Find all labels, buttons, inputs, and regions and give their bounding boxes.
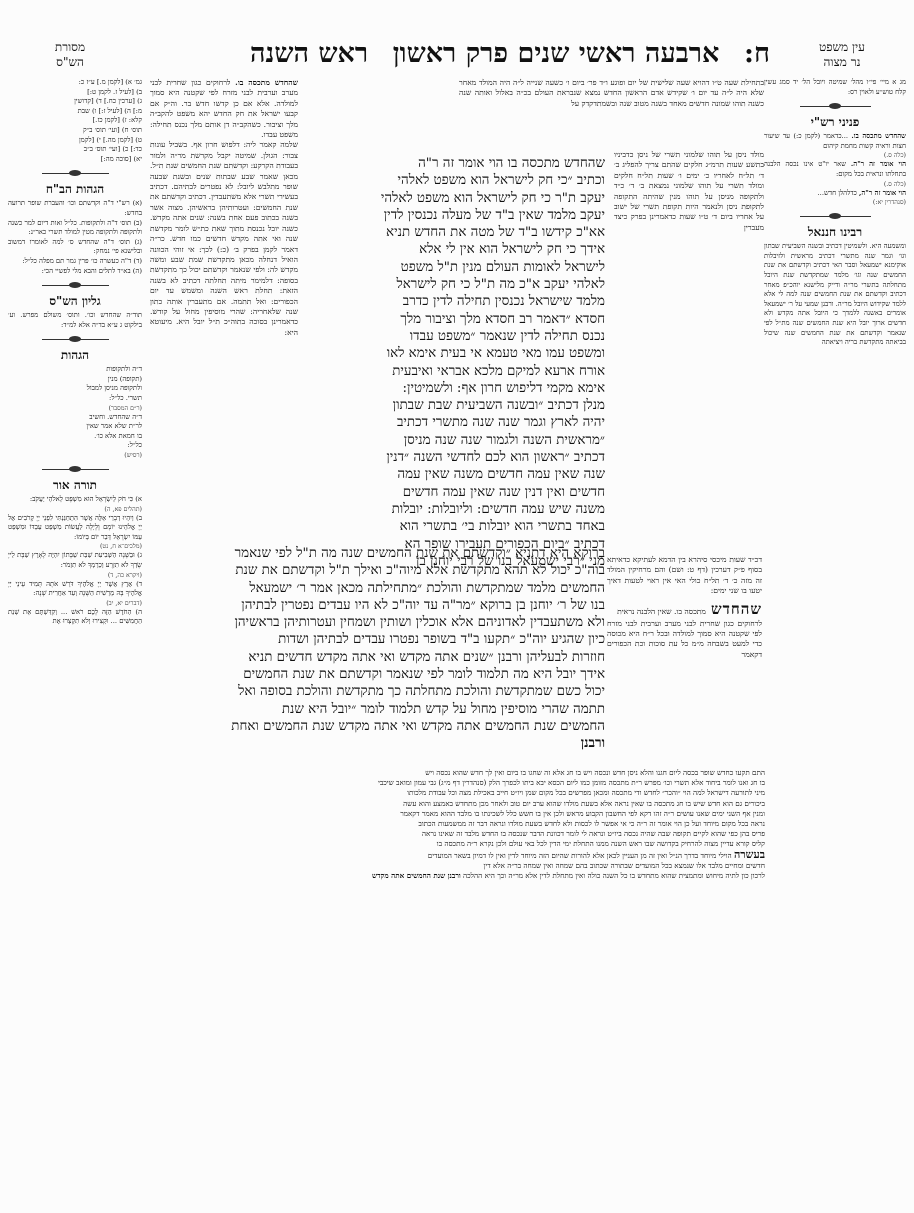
masoret-line: כד:] כ) [ועי׳ תוס׳ ב״ב bbox=[8, 145, 142, 155]
torah-or-entry: א) כִּי חֹק לְיִשְׂרָאֵל הוּא מִשְׁפָּט … bbox=[8, 495, 142, 514]
gemara-line: החמשים מלמד שמתקדשת והולכת ״מתחילתה מכאן… bbox=[150, 580, 605, 597]
gemara-line: באחד בתשרי הוא יובלות בי׳ בתשרי הוא bbox=[300, 518, 605, 535]
gemara-line: אורח ארעא למיקם מלכא אבראי ואיבעית bbox=[300, 363, 605, 380]
gemara-line: אימא מקמי דליפוש חרון אף: ולשמיטין: bbox=[300, 380, 605, 397]
rabbeinu-chananel-text: ומשמעה היא. ולשמיטין דכתיב ובשנה השביעית… bbox=[764, 242, 906, 348]
commentary-text: לרכון כון לתיה מיחוש ומתמצית שהוא מתחדש … bbox=[463, 871, 765, 880]
commentary-bold-label: בעשרה bbox=[734, 848, 765, 861]
gemara-line: יעקב ת"ר כי חק לישראל הוא משפט לאלהי bbox=[300, 190, 605, 207]
hagahot-text: ד״ה ולתקופות (תקופה) מנין ולתקופה מניסן … bbox=[8, 365, 142, 460]
pninei-rashi-title: פניני רש"י bbox=[764, 115, 906, 130]
masoret-hashas-list: גמ׳ א) [לקמן מ.] ע״ז כ: ב) [לעיל ז. לקמן… bbox=[8, 78, 142, 164]
verse-text: ב) וְיִהְיוּ דְבָרַי אֵלֶּה אֲשֶׁר הִתְח… bbox=[8, 514, 142, 543]
gemara-line: יכול כשם שמתקדשת והולכת מתחלתה כך מתקדשת… bbox=[150, 683, 605, 700]
torah-or-entry: ד) אֶרֶץ אֲשֶׁר יְיָ אֱלֹהֶיךָ דֹּרֵשׁ א… bbox=[8, 580, 142, 608]
tosafot-dibur: שהחדש מתכסה בו. bbox=[235, 78, 298, 87]
gemara-line: מנלן דכתיב ״ובשנה השביעית שבת שבתון bbox=[300, 397, 605, 414]
bach-note: (ג) תוס׳ ד"ה שהחדש ס׳ למה לאומרו דמשוב ו… bbox=[8, 238, 142, 257]
gemara-line: בנו של ר׳ יוחנן בן ברוקא ״מר"ה עד יוה"כ … bbox=[150, 597, 605, 614]
ornament-divider bbox=[8, 334, 142, 344]
commentary-line-with-label: בעשרה הוילי מיוחד בדרך הנ״ל ואין זה מן ה… bbox=[150, 850, 765, 861]
gemara-line: לאלהי יעקב א"כ מה ת"ל כי חק לישראל bbox=[300, 276, 605, 293]
bach-note: (ה) בא״ד לתלים והבא מלי לפשיי הכי: bbox=[8, 267, 142, 277]
tosafot-body: שלמה קאמר ליה: דלפוש חרון אף. בשביל עונו… bbox=[150, 140, 298, 338]
hagahot-line: ולתקופה מניסן למבול bbox=[8, 384, 142, 394]
torah-or-title: תורה אור bbox=[8, 478, 142, 493]
gilyon-hashas-title: גליון הש"ס bbox=[8, 294, 142, 309]
rashi-dibur-hamatchil: שהחדש bbox=[711, 600, 762, 618]
commentary-line: ביכורים גם הוא חדש שיש בו חג מתכסה בו שא… bbox=[150, 799, 765, 809]
masoret-line: יא) [סוכה מה:] bbox=[8, 155, 142, 165]
verse-source: (מלכים־א ח, נט) bbox=[8, 542, 142, 551]
gemara-line: ולא משתעבדין לאדוניהם אלא אוכלין ושותין … bbox=[150, 614, 605, 631]
rabbeinu-chananel-title: רבינו חננאל bbox=[764, 225, 906, 240]
gemara-line: אידך יובל היא מה תלמוד לומר לפי שנאמר וק… bbox=[150, 666, 605, 683]
gemara-line: ורבנן bbox=[150, 735, 605, 752]
ein-mishpat-title: עין משפט bbox=[782, 40, 902, 55]
hagahot-title: הגהות bbox=[8, 348, 142, 363]
rashi-dibur-rest: מתכסה בו. שאין הלבנה נראית bbox=[617, 607, 706, 616]
gemara-line: ״מראשית השנה ולגמור שנה שנה מניסן bbox=[300, 432, 605, 449]
entry-heading: הוי אומר זה ר"ה. bbox=[851, 160, 906, 168]
gemara-line: חדשים ואין דנין שנה שאין עמה חדשים bbox=[300, 484, 605, 501]
bottom-commentary: התם תקעו כחדש שופר בכסה ליום חגנו והלא נ… bbox=[150, 768, 765, 881]
masoret-line: ב) [לעיל ז. לקמן ט:] bbox=[8, 88, 142, 98]
commentary-line: נראה בכל מקום מיוחד ועל כן הוי אומר זה ר… bbox=[150, 819, 765, 829]
tosafot-intro: שהחדש מתכסה בו. לרחוקים כגון שחרית לבני … bbox=[150, 78, 298, 140]
commentary-line: מיני לתורעה דישראל למה הוי ״והכר״ לחדש ו… bbox=[150, 788, 765, 798]
commentary-text: הוילי מיוחד בדרך הנ״ל ואין זה מן העניין … bbox=[428, 851, 732, 860]
masoret-line: ג) [ערכין כח.] ד) [קדושין bbox=[8, 97, 142, 107]
tractate-title: ראש השנה bbox=[250, 38, 368, 69]
rashi-lower-right: דכ״ד שעות מיכסי סיהרא בין הדמא לעתיקא כד… bbox=[607, 555, 762, 660]
entry-source: (כלה ס.) bbox=[764, 151, 906, 160]
hagahot-source: (רסיש) bbox=[8, 451, 142, 460]
hagahot-line: לר״ת שלא אמר שאין bbox=[8, 422, 142, 432]
gemara-line: יהיה לארץ וגמר שנה שנה מתשרי דכתיב bbox=[300, 414, 605, 431]
hagahot-habach-title: הגהות הב"ח bbox=[8, 182, 142, 197]
gemara-line: החמשים שנת החמשים אתה מקדש ואי אתה מקדש … bbox=[150, 718, 605, 735]
rashi-commentary-top: בתחילת שעה ט״ו דהויא שעה שלישית של יום ו… bbox=[459, 78, 764, 109]
tosafot-commentary: שהחדש מתכסה בו. לרחוקים כגון שחרית לבני … bbox=[150, 78, 298, 338]
ner-mitzvah-title: נר מצוה bbox=[782, 55, 902, 70]
commentary-line: חדשים ומחיים מלבד אלו שנמצא בכל המועדים … bbox=[150, 861, 765, 871]
torah-or-entry: ג) וּבַשָּׁנָה הַשְּׁבִיעִת שַׁבַּת שַׁב… bbox=[8, 551, 142, 579]
rashi-text: דכ״ד שעות מיכסי סיהרא בין הדמא לעתיקא כד… bbox=[607, 555, 762, 597]
hagahot-line: (תקופה) מנין bbox=[8, 375, 142, 385]
masoret-line: תוס׳ ח) [ועי׳ תוס׳ ב״ק bbox=[8, 126, 142, 136]
torah-or-entry: ב) וְיִהְיוּ דְבָרַי אֵלֶּה אֲשֶׁר הִתְח… bbox=[8, 514, 142, 552]
hagahot-line: כל״ל: bbox=[8, 441, 142, 451]
ornament-divider bbox=[8, 464, 142, 474]
gemara-line: דכתיב ״ראשון הוא לכם לחדשי השנה ״דנין bbox=[300, 449, 605, 466]
ein-mishpat-label: עין משפט נר מצוה bbox=[782, 40, 902, 70]
verse-source: (ויקרא כה, ד) bbox=[8, 571, 142, 580]
commentary-bold-label: ורבנן שנת החמשים אתה מקדש bbox=[372, 871, 461, 880]
gemara-main-text: שהחדש מתכסה בו הוי אומר זה ר"ה וכתיב ״כי… bbox=[300, 155, 605, 570]
masoret-line: גמ׳ א) [לקמן מ.] ע״ז כ: bbox=[8, 78, 142, 88]
torah-or-entry: ה) הַחֹדֶשׁ הַזֶּה לָכֶם רֹאשׁ ... וְקִד… bbox=[8, 608, 142, 627]
commentary-line: קליס קורא עדיין מצוה להרחיק בקדושה שבו ר… bbox=[150, 839, 765, 849]
bach-note: (א) רש"י ד"ה וקדשתם וכו׳ והעברת שופר תרו… bbox=[8, 199, 142, 218]
verse-text: ה) הַחֹדֶשׁ הַזֶּה לָכֶם רֹאשׁ ... וְקִד… bbox=[8, 608, 142, 627]
chapter-title: ארבעה ראשי שנים פרק ראשון bbox=[393, 38, 720, 69]
entry-source: (סנהדרין יא:) bbox=[764, 198, 906, 207]
ornament-divider bbox=[8, 280, 142, 290]
daf-marker: ח: bbox=[744, 38, 770, 69]
gemara-line: מלמד שישראל נכנסין תחילה לדין כדרב bbox=[300, 293, 605, 310]
gemara-line: משנה שיש עמה חדשים: וליובלות: יובלות bbox=[300, 501, 605, 518]
gemara-line: תתמה שהרי מוסיפין מחול על קדש תלמוד לומר… bbox=[150, 701, 605, 718]
gemara-line: נכנס תחילה לדין שנאמר ״משפט עבדו bbox=[300, 328, 605, 345]
gemara-line: שנה שאין עמה חדשים משנה שאין עמה bbox=[300, 466, 605, 483]
page-header: ח: ארבעה ראשי שנים פרק ראשון ראש השנה bbox=[250, 38, 770, 68]
rashi-dibur-block: שהחדש מתכסה בו. שאין הלבנה נראית bbox=[607, 599, 762, 619]
bach-note: (ב) תוס׳ ד"ה ולתקופות. כל״ל ואות דיום למ… bbox=[8, 219, 142, 238]
masoret-title: מסורת bbox=[40, 40, 100, 55]
rashi-text: בתחילת שעה ט״ו דהויא שעה שלישית של יום ו… bbox=[459, 78, 764, 109]
verse-text: א) כִּי חֹק לְיִשְׂרָאֵל הוּא מִשְׁפָּט … bbox=[8, 495, 142, 505]
ornament-divider bbox=[764, 101, 906, 111]
gemara-line: חסדא ״דאמר רב חסדא מלך וציבור מלך bbox=[300, 311, 605, 328]
talmud-page: עין משפט נר מצוה ח: ארבעה ראשי שנים פרק … bbox=[0, 0, 914, 1213]
gemara-line: אידך כי חק לישראל הוא אין לי אלא bbox=[300, 241, 605, 258]
verse-source: (תהלים פא, ה) bbox=[8, 505, 142, 514]
entry-source: (כלה ס.) bbox=[764, 180, 906, 189]
verse-text: ד) אֶרֶץ אֲשֶׁר יְיָ אֱלֹהֶיךָ דֹּרֵשׁ א… bbox=[8, 580, 142, 599]
commentary-line: פריס בהן כפי שהוא לקיים תקופה שבה שהיה נ… bbox=[150, 829, 765, 839]
hagahot-line: ד״ה ולתקופות bbox=[8, 365, 142, 375]
pninei-rashi-entry: הוי אומר זה ר"ה, כדלהלן חדש... (סנהדרין … bbox=[764, 189, 906, 208]
rashi-text: לרחוקים כגון שחרית לבני מערב וערבית לבני… bbox=[607, 619, 762, 661]
ein-mishpat-text: מג א מיי׳ פי״ו מהל׳ שמיטה ויובל הל׳ יד ס… bbox=[764, 78, 906, 97]
gemara-line: וכתיב ״כי חק לישראל הוא משפט לאלהי bbox=[300, 172, 605, 189]
entry-heading: הוי אומר זה ר"ה, bbox=[859, 189, 906, 197]
hagahot-source: (ר״ם המסבר) bbox=[8, 404, 142, 413]
gemara-wide-text: ברוקא היא דתניא ״וקדשתם את שנת החמשים שנ… bbox=[150, 545, 605, 753]
hashas-title: הש"ס bbox=[40, 55, 100, 70]
gemara-line: לישראל לאומות העולם מנין ת"ל משפט bbox=[300, 259, 605, 276]
tosafot-intro-text: לרחוקים כגון שחרית לבני מערב וערבית לבני… bbox=[150, 78, 298, 139]
pninei-rashi-entry: שהחדש מתכסה בו. ...כדאמר (לקמן כ:) עד שי… bbox=[764, 132, 906, 160]
hagahot-line: תשרי. כל״ל: bbox=[8, 394, 142, 404]
right-margin-column: מג א מיי׳ פי״ו מהל׳ שמיטה ויובל הל׳ יד ס… bbox=[764, 78, 906, 348]
gilyon-hashas-text: תוד״ה שהחדש וכו׳. ותוס׳ משולם מפרש. וע׳ … bbox=[8, 311, 142, 330]
commentary-line: ומנין אף השני ימים שאנו עושים ר״ה זהו דק… bbox=[150, 809, 765, 819]
gemara-line: ברוקא היא דתניא ״וקדשתם את שנת החמשים שנ… bbox=[150, 545, 605, 562]
gemara-line: אא"כ קידשו ב"ד של מטה את החדש תניא bbox=[300, 224, 605, 241]
verse-text: ג) וּבַשָּׁנָה הַשְּׁבִיעִת שַׁבַּת שַׁב… bbox=[8, 551, 142, 570]
left-margin-column: גמ׳ א) [לקמן מ.] ע״ז כ: ב) [לעיל ז. לקמן… bbox=[8, 78, 142, 627]
gemara-line: כיון שהגיע יוה"כ ״תקעו ב"ד בשופר נפטרו ע… bbox=[150, 631, 605, 648]
ornament-divider bbox=[764, 211, 906, 221]
ornament-divider bbox=[8, 168, 142, 178]
rashi-commentary-side: מולד ניסן על תוהו שלמוני תשרי של ניסן כד… bbox=[614, 150, 764, 233]
pninei-rashi-entry: הוי אומר זה ר"ה. שאר יו"ט אינו נכסה הלבנ… bbox=[764, 160, 906, 188]
rashi-text: מולד ניסן על תוהו שלמוני תשרי של ניסן כד… bbox=[614, 150, 764, 233]
gemara-line: שהחדש מתכסה בו הוי אומר זה ר"ה bbox=[300, 155, 605, 172]
hagahot-line: בו חמאת אלא כו׳. bbox=[8, 432, 142, 442]
masoret-line: קלא: ז) [לקמן כז.] bbox=[8, 116, 142, 126]
entry-body: כדלהלן חדש... bbox=[818, 189, 857, 197]
commentary-line: בו חג ואנו לומר ביחוד אלא תשרי וכו׳ מפרש… bbox=[150, 778, 765, 788]
gemara-line: בוה"כ יכול לא תהא מתקדשת אלא מיוה"כ ואיל… bbox=[150, 562, 605, 579]
bach-note: (ד) ד"ה כעשרה כו׳ פרין גמר תם מפלה כל״ל: bbox=[8, 257, 142, 267]
gemara-line: יעקב מלמד שאין ב"ד של מעלה נכנסין לדין bbox=[300, 207, 605, 224]
hagahot-habach-text: (א) רש"י ד"ה וקדשתם וכו׳ והעברת שופר תרו… bbox=[8, 199, 142, 276]
masoret-line: מ:] ה) [לעיל ז:] ו) שבת bbox=[8, 107, 142, 117]
verse-source: (דברים יא, יב) bbox=[8, 599, 142, 608]
commentary-line: התם תקעו כחדש שופר בכסה ליום חגנו והלא נ… bbox=[150, 768, 765, 778]
masoret-hashas-label: מסורת הש"ס bbox=[40, 40, 100, 70]
entry-heading: שהחדש מתכסה בו. bbox=[851, 132, 906, 140]
gemara-line: חוזרות לבעליהן ורבנן ״שנים אתה מקדש ואי … bbox=[150, 649, 605, 666]
gemara-line: ומשפט עמו מאי טעמא אי בעית אימא לאו bbox=[300, 345, 605, 362]
masoret-line: ט) [לקמן מה.] י) [לקמן bbox=[8, 136, 142, 146]
hagahot-line: ד״ה שהחדש. וחשיב bbox=[8, 413, 142, 423]
commentary-line-with-label: לרכון כון לתיה מיחוש ומתמצית שהוא מתחדש … bbox=[150, 871, 765, 881]
